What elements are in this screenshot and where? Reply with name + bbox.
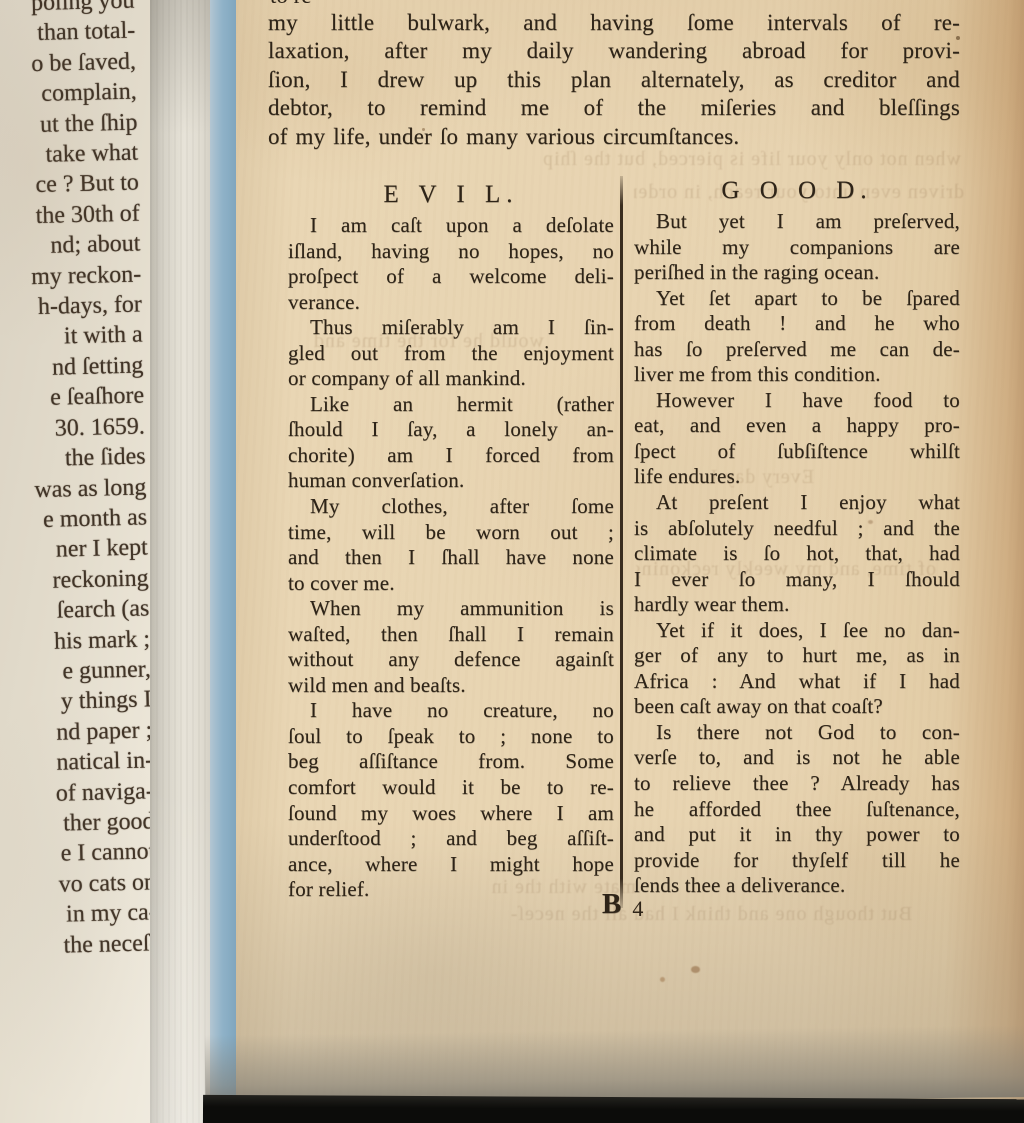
foxing-spot — [691, 966, 700, 973]
text-line: ſound my woes where I am — [288, 801, 614, 827]
intro-line: laxation, after my daily wandering abroa… — [268, 37, 960, 65]
clipped-top-line: to re — [270, 0, 470, 9]
text-line: beg aſſiſtance from. Some — [288, 749, 614, 775]
text-line: he afforded thee ſuſtenance, — [634, 797, 960, 823]
text-line: Yet ſet apart to be ſpared — [634, 286, 960, 312]
text-line: I am caſt upon a deſolate — [288, 213, 614, 239]
paragraph: Thus miſerably am I ſin-gled out from th… — [288, 315, 614, 392]
text-line: ſoul to ſpeak to ; none to — [288, 724, 614, 750]
left-page-line: nd; about — [0, 229, 141, 265]
paragraph: Yet ſet apart to be ſparedfrom death ! a… — [634, 286, 960, 388]
paragraph: At preſent I enjoy whatis abſolutely nee… — [634, 490, 960, 618]
text-line: proſpect of a welcome deli- — [288, 264, 614, 290]
table-surface — [203, 1095, 1024, 1123]
paragraph: However I have food toeat, and even a ha… — [634, 388, 960, 490]
text-line: My clothes, after ſome — [288, 494, 614, 520]
left-page-line: ſearch (as — [0, 594, 150, 630]
left-page-line: in my ca- — [0, 897, 157, 933]
text-line: provide for thyſelf till he — [634, 848, 960, 874]
text-line: hardly wear them. — [634, 592, 960, 618]
text-line: When my ammunition is — [288, 596, 614, 622]
text-line: gled out from the enjoyment — [288, 341, 614, 367]
text-line: However I have food to — [634, 388, 960, 414]
text-line: is abſolutely needful ; and the — [634, 516, 960, 542]
left-page: poſing youthan total-o be ſaved,complain… — [0, 0, 158, 1123]
text-line: human converſation. — [288, 468, 614, 494]
good-heading: G O O D. — [634, 176, 960, 206]
good-column-text: But yet I am preſerved,while my companio… — [634, 209, 960, 899]
evil-column: E V I L. I am caſt upon a deſolateiſland… — [288, 180, 614, 903]
text-line: periſhed in the raging ocean. — [634, 260, 960, 286]
text-line: waſted, then ſhall I remain — [288, 622, 614, 648]
text-line: ſpect of ſubſiſtence whilſt — [634, 439, 960, 465]
text-line: climate is ſo hot, that, had — [634, 541, 960, 567]
text-line: verance. — [288, 290, 614, 316]
text-line: At preſent I enjoy what — [634, 490, 960, 516]
left-page-line: natical in- — [0, 746, 153, 782]
signature-mark: B4 — [602, 888, 643, 921]
text-line: and then I ſhall have none — [288, 545, 614, 571]
text-line: while my companions are — [634, 235, 960, 261]
good-column: G O O D. But yet I am preſerved,while my… — [634, 176, 960, 899]
text-line: Thus miſerably am I ſin- — [288, 315, 614, 341]
text-line: life endures. — [634, 464, 960, 490]
text-line: wild men and beaſts. — [288, 673, 614, 699]
text-line: or company of all mankind. — [288, 366, 614, 392]
text-line: Yet if it does, I ſee no dan- — [634, 618, 960, 644]
page-fore-edge — [150, 0, 212, 1123]
text-line: to cover me. — [288, 571, 614, 597]
paragraph: Yet if it does, I ſee no dan-ger of any … — [634, 618, 960, 720]
paragraph: Like an hermit (ratherſhould I ſay, a lo… — [288, 392, 614, 494]
text-line: has ſo preſerved me can de- — [634, 337, 960, 363]
bleed-through-text: when not only your life is pierced, but … — [386, 148, 961, 171]
evil-heading: E V I L. — [288, 180, 614, 210]
paragraph: My clothes, after ſometime, will be worn… — [288, 494, 614, 596]
text-line: for relief. — [288, 877, 614, 903]
text-line: liver me from this condition. — [634, 362, 960, 388]
left-page-line: e ſeaſhore — [0, 381, 144, 417]
text-line: without any defence againſt — [288, 647, 614, 673]
column-divider-rule — [620, 176, 623, 908]
left-page-line: the neceſ- — [0, 928, 158, 964]
text-line: and put it in thy power to — [634, 822, 960, 848]
text-line: iſland, having no hopes, no — [288, 239, 614, 265]
left-page-line: complain, — [0, 77, 137, 113]
text-line: Like an hermit (rather — [288, 392, 614, 418]
signature-letter: B — [602, 888, 621, 920]
left-page-line: the ſides — [0, 442, 146, 478]
intro-line: ſion, I drew up this plan alternately, a… — [268, 66, 960, 94]
left-page-text-fragments: poſing youthan total-o be ſaved,complain… — [0, 0, 158, 963]
text-line: I have no creature, no — [288, 698, 614, 724]
text-line: verſe to, and is not he able — [634, 745, 960, 771]
text-line: ſends thee a deliverance. — [634, 873, 960, 899]
text-line: underſtood ; and beg aſſiſt- — [288, 826, 614, 852]
signature-number: 4 — [632, 896, 643, 921]
text-line: to relieve thee ? Already has — [634, 771, 960, 797]
text-line: time, will be worn out ; — [288, 520, 614, 546]
text-line: ſhould I ſay, a lonely an- — [288, 417, 614, 443]
text-line: chorite) am I forced from — [288, 443, 614, 469]
paragraph: When my ammunition iswaſted, then ſhall … — [288, 596, 614, 698]
text-line: But yet I am preſerved, — [634, 209, 960, 235]
intro-line: debtor, to remind me of the miſeries and… — [268, 94, 960, 122]
text-line: from death ! and he who — [634, 311, 960, 337]
text-line: Is there not God to con- — [634, 720, 960, 746]
text-line: Africa : And what if I had — [634, 669, 960, 695]
intro-line: my little bulwark, and having ſome inter… — [268, 9, 960, 37]
text-line: ance, where I might hope — [288, 852, 614, 878]
text-line: been caſt away on that coaſt? — [634, 694, 960, 720]
open-book-photo: poſing youthan total-o be ſaved,complain… — [0, 0, 1024, 1123]
foxing-spot — [660, 977, 665, 982]
intro-line: of my life, under ſo many various circum… — [268, 123, 960, 151]
text-line: I ever ſo many, I ſhould — [634, 567, 960, 593]
text-line: ger of any to hurt me, as in — [634, 643, 960, 669]
paragraph: I am caſt upon a deſolateiſland, having … — [288, 213, 614, 315]
paragraph: I have no creature, noſoul to ſpeak to ;… — [288, 698, 614, 902]
text-line: eat, and even a happy pro- — [634, 413, 960, 439]
cover-board-edge — [210, 0, 238, 1100]
paragraph: But yet I am preſerved,while my companio… — [634, 209, 960, 286]
intro-paragraph: my little bulwark, and having ſome inter… — [268, 9, 960, 151]
right-page: when not only your life is pierced, but … — [236, 0, 1024, 1105]
text-line: comfort would it be to re- — [288, 775, 614, 801]
evil-column-text: I am caſt upon a deſolateiſland, having … — [288, 213, 614, 903]
paragraph: Is there not God to con-verſe to, and is… — [634, 720, 960, 899]
